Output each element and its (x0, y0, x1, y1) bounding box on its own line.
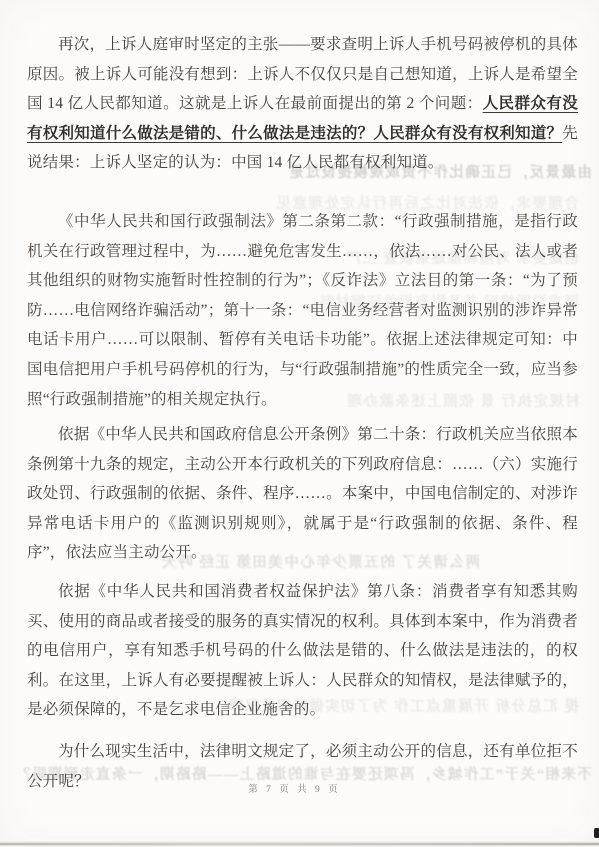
paragraph: 依据《中华人民共和国政府信息公开条例》第二十条：行政机关应当依照本条例第十九条的… (27, 420, 578, 568)
paragraph: 《中华人民共和国行政强制法》第二条第二款：“行政强制措施，是指行政机关在行政管理… (27, 207, 578, 414)
scan-edge-tint (0, 843, 599, 845)
scanned-document-page: 由最景反，已正确比作不责或规模提设过是其中合理要求，依法对比之后再行认定处理意见… (0, 0, 599, 847)
page-number-footer: 第 7 页 共 9 页 (0, 781, 589, 795)
paragraph: 依据《中华人民共和国消费者权益保护法》第八条：消费者享有知悉其购买、使用的商品或… (27, 577, 578, 725)
body-text: 《中华人民共和国行政强制法》第二条第二款：“行政强制措施，是指行政机关在行政管理… (27, 213, 578, 408)
scan-corner-mark (594, 828, 599, 838)
paragraph: 再次，上诉人庭审时坚定的主张——要求查明上诉人手机号码被停机的具体原因。被上诉人… (27, 30, 578, 178)
body-text: 依据《中华人民共和国政府信息公开条例》第二十条：行政机关应当依照本条例第十九条的… (27, 426, 578, 561)
document-body: 再次，上诉人庭审时坚定的主张——要求查明上诉人手机号码被停机的具体原因。被上诉人… (27, 0, 578, 847)
body-text: 依据《中华人民共和国消费者权益保护法》第八条：消费者享有知悉其购买、使用的商品或… (27, 583, 578, 718)
